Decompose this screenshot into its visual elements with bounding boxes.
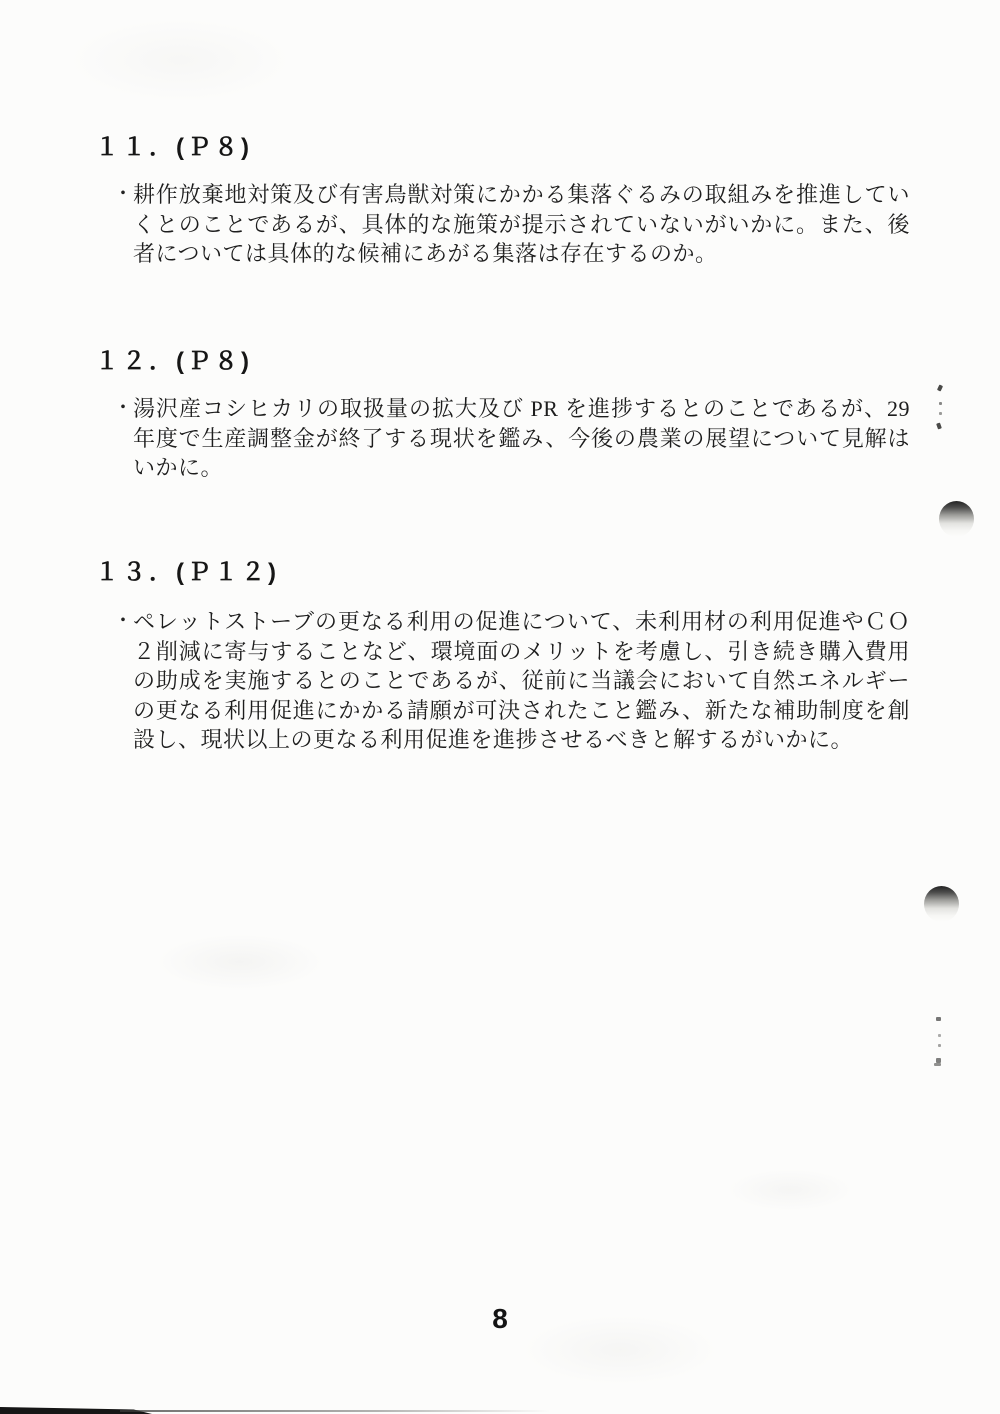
bullet-marker: ・ (113, 180, 133, 210)
scan-speck (934, 1063, 941, 1066)
question-item-12: １２．(Ｐ８) ・ 湯沢産コシヒカリの取扱量の拡大及び PR を進捗するとのこと… (95, 350, 908, 374)
question-12-heading: １２．(Ｐ８) (95, 350, 908, 374)
question-11-text: 耕作放棄地対策及び有害鳥獣対策にかかる集落ぐるみの取組みを推進していくとのことで… (133, 180, 910, 269)
question-12-text: 湯沢産コシヒカリの取扱量の拡大及び PR を進捗するとのことであるが、29 年度… (133, 394, 910, 483)
scan-speck (936, 1017, 941, 1021)
scan-edge-line (120, 1410, 550, 1412)
question-13-paragraph: ・ ペレットストーブの更なる利用の促進について、未利用材の利用促進やＣＯ２削減に… (113, 607, 910, 755)
page-number: 8 (0, 1303, 1000, 1335)
question-11-paragraph: ・ 耕作放棄地対策及び有害鳥獣対策にかかる集落ぐるみの取組みを推進していくとのこ… (113, 180, 910, 269)
question-13-heading: １３．(Ｐ１２) (95, 561, 908, 585)
scan-speck (939, 412, 942, 415)
scan-speck (937, 384, 943, 391)
question-12-paragraph: ・ 湯沢産コシヒカリの取扱量の拡大及び PR を進捗するとのことであるが、29 … (113, 394, 910, 483)
question-13-text: ペレットストーブの更なる利用の促進について、未利用材の利用促進やＣＯ２削減に寄与… (133, 607, 910, 755)
question-11-heading: １１．(Ｐ８) (95, 136, 908, 160)
hole-punch-mark-bottom (924, 886, 959, 922)
hole-punch-mark-top (939, 501, 974, 537)
question-item-11: １１．(Ｐ８) ・ 耕作放棄地対策及び有害鳥獣対策にかかる集落ぐるみの取組みを推… (95, 136, 908, 160)
question-item-13: １３．(Ｐ１２) ・ ペレットストーブの更なる利用の促進について、未利用材の利用… (95, 561, 908, 585)
bullet-marker: ・ (113, 607, 133, 637)
scan-speck (936, 422, 942, 429)
scan-speck (938, 1034, 941, 1037)
bullet-marker: ・ (113, 394, 133, 424)
scan-speck (938, 1044, 941, 1047)
scan-speck (939, 402, 942, 405)
